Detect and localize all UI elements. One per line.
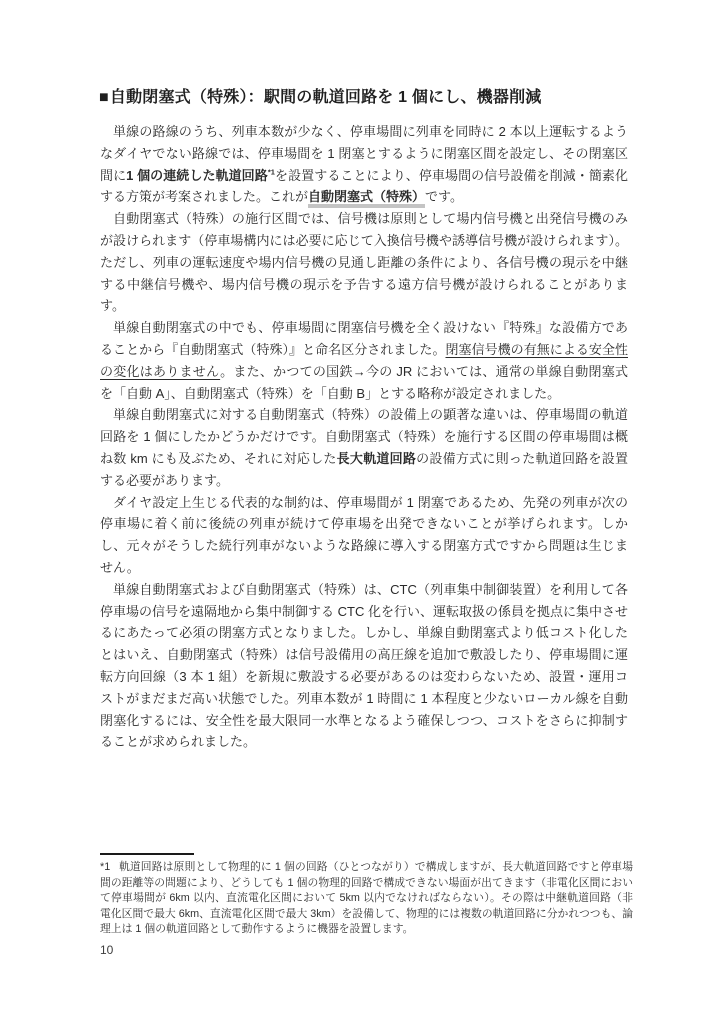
document-page: ■自動閉塞式（特殊）：駅間の軌道回路を 1 個にし、機器削減 単線の路線のうち、… [0,0,725,1024]
paragraph-5: ダイヤ設定上生じる代表的な制約は、停車場間が 1 閉塞であるため、先発の列車が次… [100,492,628,579]
footnote-number: *1 [100,861,110,873]
heading-square-bullet-icon: ■ [99,89,109,106]
body-text: 単線の路線のうち、列車本数が少なく、停車場間に列車を同時に 2 本以上運転するよ… [100,121,628,753]
paragraph-3: 単線自動閉塞式の中でも、停車場間に閉塞信号機を全く設けない『特殊』な設備方である… [100,317,628,404]
paragraph-6: 単線自動閉塞式および自動閉塞式（特殊）は、CTC（列車集中制御装置）を利用して各… [100,579,628,753]
section-heading-text: 自動閉塞式（特殊）：駅間の軌道回路を 1 個にし、機器削減 [110,89,542,106]
paragraph-4: 単線自動閉塞式に対する自動閉塞式（特殊）の設備上の顕著な違いは、停車場間の軌道回… [100,404,628,491]
keyword-auto-block-special: 自動閉塞式（特殊） [308,189,425,208]
keyword-bold-long-track-circuit: 長大軌道回路 [337,451,417,466]
paragraph-text: ダイヤ設定上生じる代表的な制約は、停車場間が 1 閉塞であるため、先発の列車が次… [100,495,628,575]
footnote-body: 軌道回路は原則として物理的に 1 個の回路（ひとつながり）で構成しますが、長大軌… [100,861,633,935]
paragraph-text: 自動閉塞式（特殊）の施行区間では、信号機は原則として場内信号機と出発信号機のみが… [100,211,628,313]
page-number: 10 [100,943,113,957]
keyword-bold-track-circuit: 1 個の連続した軌道回路 [126,168,268,183]
footnote-divider [100,853,194,855]
section-heading: ■自動閉塞式（特殊）：駅間の軌道回路を 1 個にし、機器削減 [99,84,659,107]
footnote-area: *1軌道回路は原則として物理的に 1 個の回路（ひとつながり）で構成しますが、長… [100,853,633,938]
footnote-marker: *1 [268,167,275,176]
paragraph-2: 自動閉塞式（特殊）の施行区間では、信号機は原則として場内信号機と出発信号機のみが… [100,208,628,317]
paragraph-text: です。 [425,189,463,204]
footnote-text: *1軌道回路は原則として物理的に 1 個の回路（ひとつながり）で構成しますが、長… [100,860,633,938]
paragraph-text: 単線自動閉塞式および自動閉塞式（特殊）は、CTC（列車集中制御装置）を利用して各… [100,582,628,750]
paragraph-1: 単線の路線のうち、列車本数が少なく、停車場間に列車を同時に 2 本以上運転するよ… [100,121,628,208]
